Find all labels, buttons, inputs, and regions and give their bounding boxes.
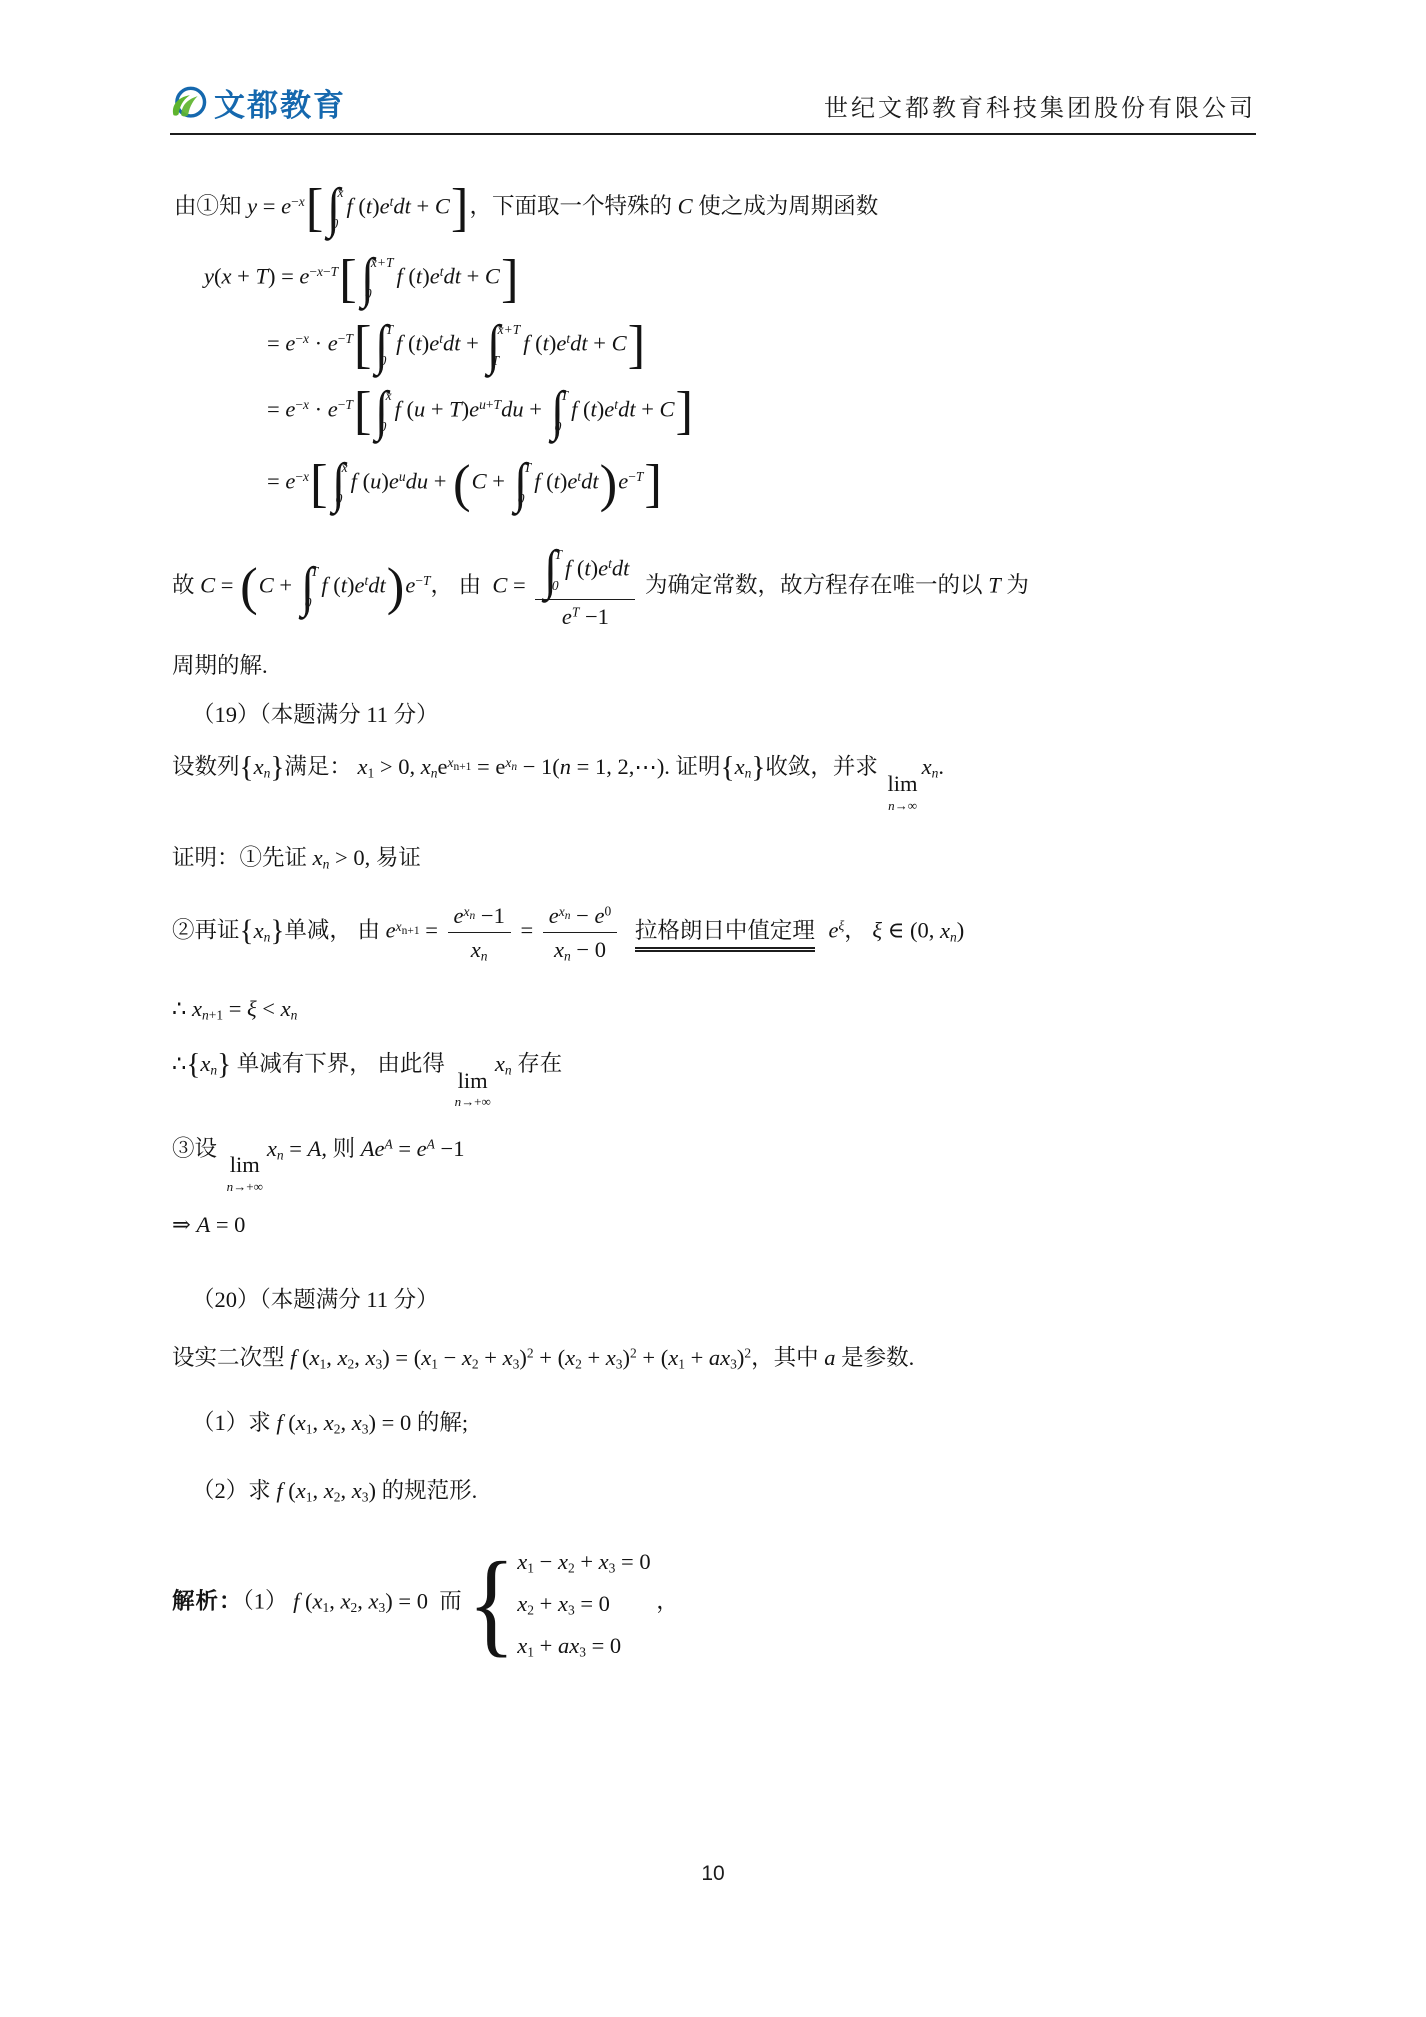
content-line: 由①知 y = e−x[∫x0f (t)etdt + C]，下面取一个特殊的 C… [174, 182, 1282, 234]
document-body: 由①知 y = e−x[∫x0f (t)etdt + C]，下面取一个特殊的 C… [172, 158, 1282, 1659]
content-line: ⇒ A = 0 [172, 1209, 1282, 1242]
content-line: 设数列{xn}满足： x1 > 0, xnexn+1 = exn − 1(n =… [172, 751, 1282, 811]
document-page: 文都教育 世纪文都教育科技集团股份有限公司 由①知 y = e−x[∫x0f (… [0, 0, 1426, 2017]
page-number: 10 [0, 1862, 1426, 1886]
content-line: y(x + T) = e−x−T[∫x+T0f (t)etdt + C] [204, 252, 1282, 304]
content-line: = e−x[∫x0f (u)eudu + (C + ∫T0f (t)etdt)e… [267, 457, 1282, 509]
page-header: 文都教育 世纪文都教育科技集团股份有限公司 [170, 80, 1256, 135]
company-name: 世纪文都教育科技集团股份有限公司 [824, 88, 1256, 125]
content-line: = e−x · e−T[∫x0f (u + T)eu+Tdu + ∫T0f (t… [267, 385, 1282, 437]
content-line: ③设 limn→+∞xn = A, 则 AeA = eA −1 [172, 1133, 1282, 1193]
content-line: 周期的解. [172, 650, 1282, 683]
content-line: 证明：①先证 xn > 0, 易证 [172, 842, 1282, 875]
content-line: （1）求 f (x1, x2, x3) = 0 的解; [192, 1407, 1282, 1440]
content-line: ∴{xn} 单减有下界， 由此得 limn→+∞xn 存在 [172, 1048, 1282, 1108]
content-line: 故 C = (C + ∫T0f (t)etdt)e−T， 由 C = ∫T0f … [172, 544, 1282, 630]
content-line: （20）（本题满分 11 分） [192, 1284, 1282, 1317]
content-line: （19）（本题满分 11 分） [192, 699, 1282, 732]
wendu-logo-icon [170, 84, 208, 122]
wendu-logo: 文都教育 [170, 80, 346, 125]
logo-text: 文都教育 [214, 80, 346, 125]
content-line: 设实二次型 f (x1, x2, x3) = (x1 − x2 + x3)2 +… [172, 1342, 1282, 1375]
content-line: 解析：（1） f (x1, x2, x3) = 0 而{x1 − x2 + x3… [172, 1548, 1282, 1659]
content-line: ∴ xn+1 = ξ < xn [172, 993, 1282, 1026]
content-line: = e−x · e−T[∫T0f (t)etdt + ∫x+TTf (t)etd… [267, 319, 1282, 371]
content-line: （2）求 f (x1, x2, x3) 的规范形. [192, 1475, 1282, 1508]
content-line: ②再证{xn}单减， 由 exn+1 = exn −1xn = exn − e0… [172, 902, 1282, 963]
